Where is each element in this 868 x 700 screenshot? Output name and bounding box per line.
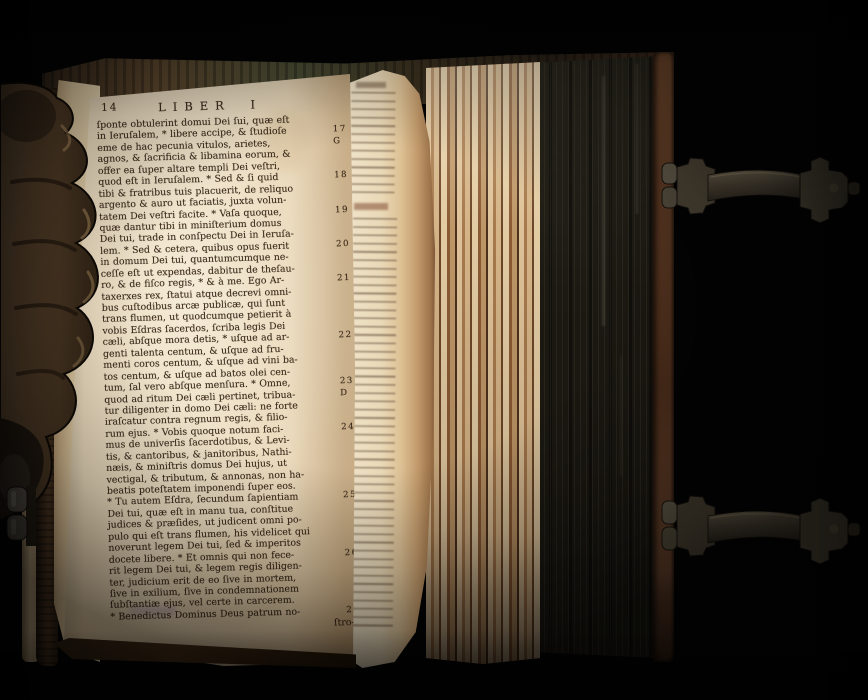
edge-highlight-streak <box>602 76 605 326</box>
page-text-block: 14 LIBER I ſponte obtulerint domui Dei ſ… <box>96 95 363 635</box>
left-clasp-catch <box>2 480 42 552</box>
fore-edge-texture <box>532 56 658 658</box>
blurred-chapter-heading <box>354 203 388 210</box>
edge-highlight-streak <box>636 64 638 214</box>
fanned-page-edges <box>426 62 540 664</box>
text-lines: ſponte obtulerint domui Dei ſui, quæ eſt… <box>97 113 363 623</box>
carved-hand-rest <box>0 82 112 534</box>
upper-clasp <box>650 150 865 230</box>
blurred-running-title <box>356 82 386 88</box>
photo-canvas: 14 LIBER I ſponte obtulerint domui Dei ſ… <box>0 0 868 700</box>
running-title: LIBER I <box>158 97 262 114</box>
fore-edge-dark-block <box>532 56 658 658</box>
back-cover-edge <box>652 52 674 662</box>
lower-clasp <box>650 490 865 570</box>
curled-facing-leaf <box>344 70 436 668</box>
blurred-text-block <box>349 218 397 630</box>
edge-highlight-streak <box>620 356 622 476</box>
blurred-text-block <box>350 92 395 198</box>
